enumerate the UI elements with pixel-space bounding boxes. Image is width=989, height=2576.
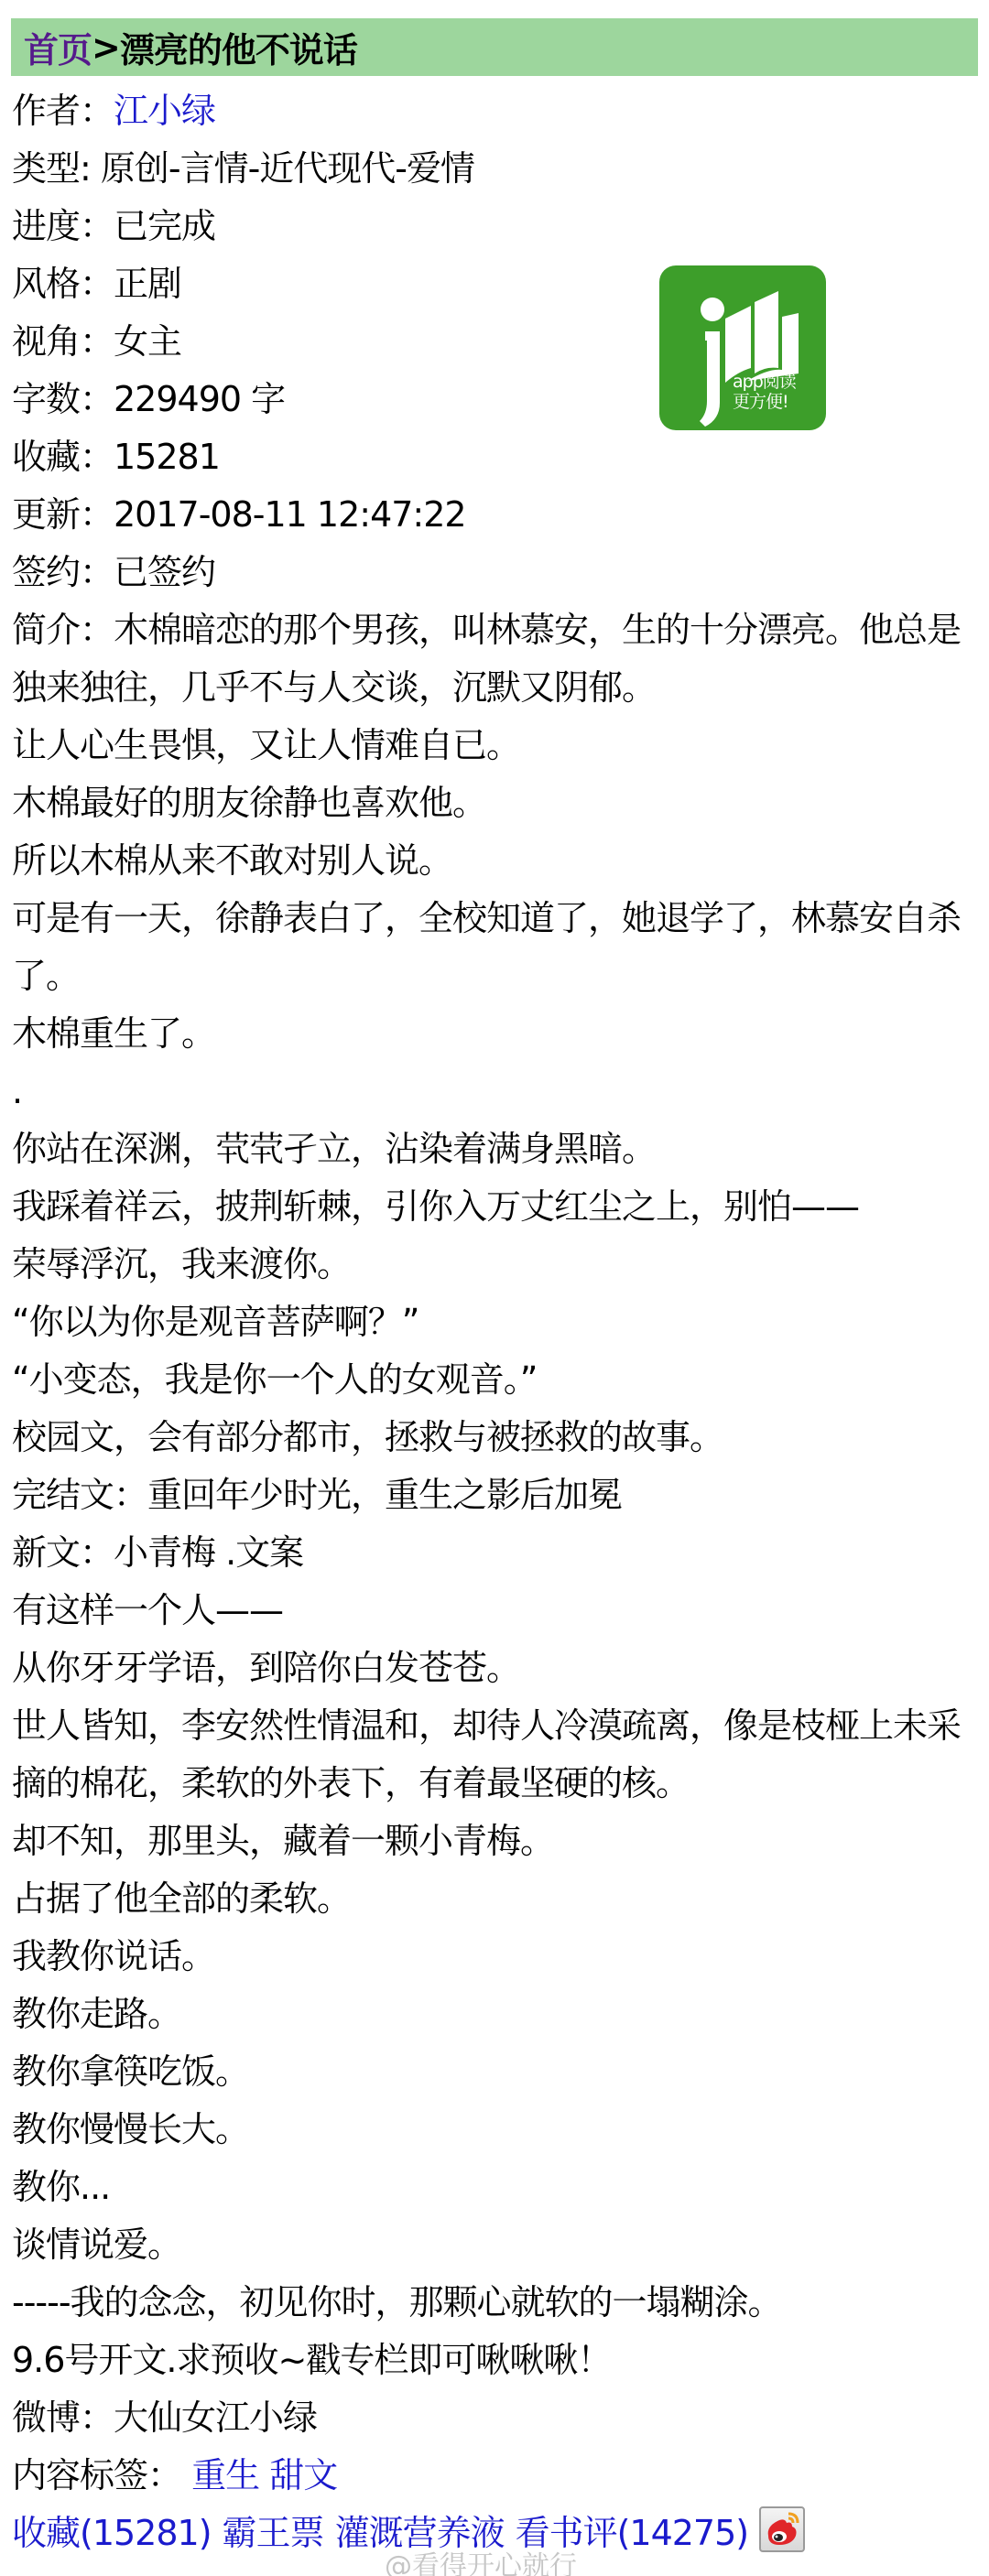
word-count-row: 字数：229490 字 [12, 371, 983, 428]
intro-line: -----我的念念，初见你时，那颗心就软的一塌糊涂。 [12, 2274, 983, 2332]
intro-line: 木棉最好的朋友徐静也喜欢他。 [12, 774, 983, 832]
tag-rebirth[interactable]: 重生 [191, 2455, 259, 2495]
intro-line: 教你... [12, 2159, 983, 2216]
intro-line: 你站在深渊，茕茕孑立，沾染着满身黑暗。 [12, 1120, 983, 1178]
weibo-share-icon[interactable] [759, 2506, 805, 2552]
updated-row: 更新：2017-08-11 12:47:22 [12, 486, 983, 544]
nutrient-link[interactable]: 灌溉营养液 [335, 2513, 505, 2553]
intro-line: 谈情说爱。 [12, 2216, 983, 2274]
intro-line: 教你拿筷吃饭。 [12, 2043, 983, 2101]
intro-line: 木棉重生了。 [12, 1005, 983, 1063]
intro-line: 9.6号开文.求预收~戳专栏即可啾啾啾！ [12, 2332, 983, 2389]
tags-row: 内容标签： 重生 甜文 [12, 2447, 983, 2505]
intro-line: 却不知，那里头，藏着一颗小青梅。 [12, 1813, 983, 1870]
author-label: 作者： [12, 91, 114, 131]
tag-sweet[interactable]: 甜文 [269, 2455, 337, 2495]
intro-line: “你以为你是观音菩萨啊？” [12, 1293, 983, 1351]
tags-label: 内容标签： [12, 2455, 181, 2495]
intro-line: 完结文：重回年少时光，重生之影后加冕 [12, 1467, 983, 1524]
intro-line: 我教你说话。 [12, 1928, 983, 1986]
style-row: 风格：正剧 [12, 255, 983, 313]
intro-line: 世人皆知，李安然性情温和，却待人冷漠疏离，像是枝桠上未采摘的棉花，柔软的外表下，… [12, 1697, 983, 1813]
intro-line: 让人心生畏惧，又让人情难自已。 [12, 717, 983, 774]
type-row: 类型: 原创-言情-近代现代-爱情 [12, 140, 983, 198]
intro-line: 新文：小青梅 .文案 [12, 1524, 983, 1582]
intro-line: 从你牙牙学语，到陪你白发苍苍。 [12, 1640, 983, 1697]
novel-info: 作者：江小绿 类型: 原创-言情-近代现代-爱情 进度：已完成 风格：正剧 视角… [12, 82, 983, 2562]
intro-line: 教你慢慢长大。 [12, 2101, 983, 2159]
weibo-logo-icon [761, 2508, 803, 2550]
page-title: 漂亮的他不说话 [120, 22, 357, 72]
perspective-row: 视角：女主 [12, 313, 983, 371]
author-row: 作者：江小绿 [12, 82, 983, 140]
action-links-row: 收藏(15281)霸王票灌溉营养液看书评(14275) [12, 2505, 983, 2562]
intro-first-paragraph: 简介：木棉暗恋的那个男孩，叫林慕安，生的十分漂亮。他总是独来独往，几乎不与人交谈… [12, 601, 983, 717]
breadcrumb-separator: > [92, 27, 120, 68]
bawang-ticket-link[interactable]: 霸王票 [223, 2513, 324, 2553]
contract-row: 签约：已签约 [12, 544, 983, 601]
reviews-link[interactable]: 看书评(14275) [516, 2513, 749, 2553]
intro-line: 校园文，会有部分都市，拯救与被拯救的故事。 [12, 1409, 983, 1467]
weibo-line: 微博：大仙女江小绿 [12, 2389, 983, 2447]
intro-line: 有这样一个人—— [12, 1582, 983, 1640]
intro-line: 所以木棉从来不敢对别人说。 [12, 832, 983, 890]
intro-text: 木棉暗恋的那个男孩，叫林慕安，生的十分漂亮。他总是独来独往，几乎不与人交谈，沉默… [12, 610, 961, 708]
progress-row: 进度：已完成 [12, 198, 983, 255]
author-link[interactable]: 江小绿 [114, 91, 215, 131]
intro-line: 占据了他全部的柔软。 [12, 1870, 983, 1928]
intro-line: 荣辱浮沉，我来渡你。 [12, 1236, 983, 1293]
intro-line: 我踩着祥云，披荆斩棘，引你入万丈红尘之上，别怕—— [12, 1178, 983, 1236]
intro-line: “小变态，我是你一个人的女观音。” [12, 1351, 983, 1409]
favorites-row: 收藏：15281 [12, 428, 983, 486]
favorite-link[interactable]: 收藏(15281) [12, 2513, 212, 2553]
intro-line: . [12, 1063, 983, 1120]
intro-label: 简介： [12, 610, 114, 650]
home-link[interactable]: 首页 [24, 22, 92, 72]
intro-line: 教你走路。 [12, 1986, 983, 2043]
breadcrumb-header: 首页>漂亮的他不说话 [11, 18, 978, 76]
intro-line: 可是有一天，徐静表白了，全校知道了，她退学了，林慕安自杀了。 [12, 890, 983, 1005]
